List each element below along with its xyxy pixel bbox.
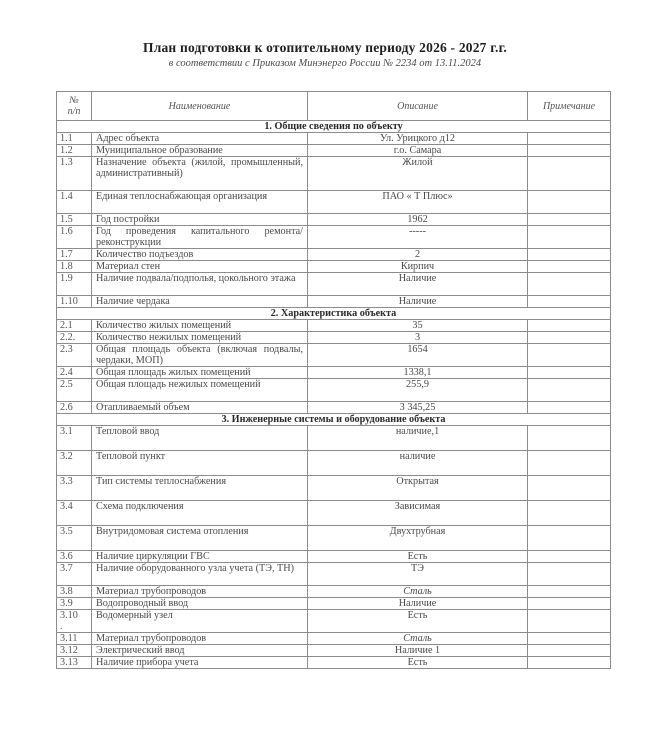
row-number: 2.5 (57, 379, 92, 402)
table-row: 1.1Адрес объектаУл. Урицкого д12 (57, 133, 611, 145)
row-number: 3.2 (57, 451, 92, 476)
table-row: 3.12Электрический вводНаличие 1 (57, 645, 611, 657)
row-note (528, 645, 611, 657)
row-note (528, 586, 611, 598)
table-row: 3.3Тип системы теплоснабженияОткрытая (57, 476, 611, 501)
row-number: 1.10 (57, 296, 92, 308)
table-row: 2.2.Количество нежилых помещений3 (57, 332, 611, 344)
row-description: Кирпич (308, 261, 528, 273)
table-row: 1.8Материал стенКирпич (57, 261, 611, 273)
row-note (528, 226, 611, 249)
table-row: 3.6Наличие циркуляции ГВСЕсть (57, 551, 611, 563)
row-name: Наличие оборудованного узла учета (ТЭ, Т… (92, 563, 308, 586)
document-title: План подготовки к отопительному периоду … (0, 40, 650, 56)
row-number: 2.6 (57, 402, 92, 414)
row-description: ----- (308, 226, 528, 249)
row-note (528, 296, 611, 308)
row-description: 1338,1 (308, 367, 528, 379)
row-description: 1654 (308, 344, 528, 367)
table-row: 1.3Назначение объекта (жилой, промышленн… (57, 157, 611, 191)
row-note (528, 344, 611, 367)
row-note (528, 214, 611, 226)
row-note (528, 551, 611, 563)
row-number: 3.6 (57, 551, 92, 563)
row-description: Жилой (308, 157, 528, 191)
row-description: Есть (308, 551, 528, 563)
table-row: 2.1Количество жилых помещений35 (57, 320, 611, 332)
row-number: 1.5 (57, 214, 92, 226)
row-name: Тип системы теплоснабжения (92, 476, 308, 501)
row-note (528, 402, 611, 414)
row-name: Тепловой пункт (92, 451, 308, 476)
table-row: 1.10Наличие чердакаНаличие (57, 296, 611, 308)
row-number: 3.1 (57, 426, 92, 451)
table-row: 3.1Тепловой вводналичие,1 (57, 426, 611, 451)
row-name: Наличие циркуляции ГВС (92, 551, 308, 563)
row-description: Ул. Урицкого д12 (308, 133, 528, 145)
row-description: Наличие (308, 273, 528, 296)
table-row: 1.6Год проведения капитального ремонта/р… (57, 226, 611, 249)
section-title: 2. Характеристика объекта (57, 308, 611, 320)
row-description: Зависимая (308, 501, 528, 526)
row-description: 1962 (308, 214, 528, 226)
row-name: Наличие подвала/подполья, цокольного эта… (92, 273, 308, 296)
row-name: Год проведения капитального ремонта/реко… (92, 226, 308, 249)
row-description: Есть (308, 610, 528, 633)
row-note (528, 563, 611, 586)
row-number: 1.4 (57, 191, 92, 214)
row-number: 2.4 (57, 367, 92, 379)
row-description: ПАО « Т Плюс» (308, 191, 528, 214)
row-name: Материал трубопроводов (92, 586, 308, 598)
table-row: 3.5Внутридомовая система отопленияДвухтр… (57, 526, 611, 551)
row-number: 3.9 (57, 598, 92, 610)
row-name: Материал стен (92, 261, 308, 273)
row-name: Наличие прибора учета (92, 657, 308, 669)
row-name: Водомерный узел (92, 610, 308, 633)
row-note (528, 526, 611, 551)
row-name: Единая теплоснабжающая организация (92, 191, 308, 214)
row-description: Наличие 1 (308, 645, 528, 657)
table-row: 3.9Водопроводный вводНаличие (57, 598, 611, 610)
table-row: 3.13Наличие прибора учетаЕсть (57, 657, 611, 669)
row-number: 2.1 (57, 320, 92, 332)
row-description: ТЭ (308, 563, 528, 586)
row-number: 1.2 (57, 145, 92, 157)
row-number: 3.4 (57, 501, 92, 526)
row-note (528, 610, 611, 633)
header-desc: Описание (308, 92, 528, 121)
plan-table: № п/п Наименование Описание Примечание 1… (56, 91, 611, 669)
row-number: 2.2. (57, 332, 92, 344)
row-description: Наличие (308, 296, 528, 308)
row-description: Сталь (308, 586, 528, 598)
row-name: Общая площадь нежилых помещений (92, 379, 308, 402)
row-description: наличие,1 (308, 426, 528, 451)
header-name: Наименование (92, 92, 308, 121)
row-number: 3.8 (57, 586, 92, 598)
row-note (528, 379, 611, 402)
row-name: Общая площадь объекта (включая подвалы, … (92, 344, 308, 367)
row-note (528, 451, 611, 476)
row-name: Тепловой ввод (92, 426, 308, 451)
row-description: 2 (308, 249, 528, 261)
row-number: 3.12 (57, 645, 92, 657)
section-header-row: 2. Характеристика объекта (57, 308, 611, 320)
row-note (528, 367, 611, 379)
table-body: 1. Общие сведения по объекту1.1Адрес объ… (57, 121, 611, 669)
row-note (528, 261, 611, 273)
table-row: 3.8Материал трубопроводовСталь (57, 586, 611, 598)
row-name: Количество жилых помещений (92, 320, 308, 332)
row-note (528, 320, 611, 332)
header-note: Примечание (528, 92, 611, 121)
table-row: 3.7Наличие оборудованного узла учета (ТЭ… (57, 563, 611, 586)
row-name: Электрический ввод (92, 645, 308, 657)
section-header-row: 1. Общие сведения по объекту (57, 121, 611, 133)
row-description: 3 (308, 332, 528, 344)
section-header-row: 3. Инженерные системы и оборудование объ… (57, 414, 611, 426)
row-name: Водопроводный ввод (92, 598, 308, 610)
table-row: 2.4Общая площадь жилых помещений1338,1 (57, 367, 611, 379)
row-note (528, 157, 611, 191)
row-description: Наличие (308, 598, 528, 610)
row-description: 3 345,25 (308, 402, 528, 414)
row-number: 1.8 (57, 261, 92, 273)
row-note (528, 145, 611, 157)
row-description: наличие (308, 451, 528, 476)
row-number: 1.3 (57, 157, 92, 191)
row-name: Количество нежилых помещений (92, 332, 308, 344)
table-row: 2.3Общая площадь объекта (включая подвал… (57, 344, 611, 367)
row-number: 1.7 (57, 249, 92, 261)
row-name: Назначение объекта (жилой, промышленный,… (92, 157, 308, 191)
row-name: Общая площадь жилых помещений (92, 367, 308, 379)
table-row: 3.4Схема подключенияЗависимая (57, 501, 611, 526)
table-row: 1.9Наличие подвала/подполья, цокольного … (57, 273, 611, 296)
row-description: Сталь (308, 633, 528, 645)
row-number: 1.6 (57, 226, 92, 249)
row-name: Наличие чердака (92, 296, 308, 308)
row-number: 1.1 (57, 133, 92, 145)
row-note (528, 191, 611, 214)
row-number: 3.7 (57, 563, 92, 586)
row-number: 3.13 (57, 657, 92, 669)
row-note (528, 633, 611, 645)
row-number: 3.10 . (57, 610, 92, 633)
table-row: 2.6Отапливаемый объем3 345,25 (57, 402, 611, 414)
table-row: 1.7Количество подъездов2 (57, 249, 611, 261)
row-note (528, 476, 611, 501)
row-number: 3.5 (57, 526, 92, 551)
row-name: Материал трубопроводов (92, 633, 308, 645)
row-name: Схема подключения (92, 501, 308, 526)
section-title: 1. Общие сведения по объекту (57, 121, 611, 133)
row-note (528, 657, 611, 669)
row-description: Есть (308, 657, 528, 669)
table-row: 3.2Тепловой пунктналичие (57, 451, 611, 476)
row-note (528, 501, 611, 526)
row-name: Количество подъездов (92, 249, 308, 261)
row-note (528, 332, 611, 344)
row-description: г.о. Самара (308, 145, 528, 157)
row-note (528, 133, 611, 145)
table-row: 1.5Год постройки1962 (57, 214, 611, 226)
row-name: Отапливаемый объем (92, 402, 308, 414)
table-row: 3.10 .Водомерный узелЕсть (57, 610, 611, 633)
row-number: 3.3 (57, 476, 92, 501)
header-num: № п/п (57, 92, 92, 121)
row-number: 3.11 (57, 633, 92, 645)
row-description: Открытая (308, 476, 528, 501)
row-note (528, 273, 611, 296)
row-description: Двухтрубная (308, 526, 528, 551)
row-name: Муниципальное образование (92, 145, 308, 157)
table-header-row: № п/п Наименование Описание Примечание (57, 92, 611, 121)
table-row: 1.2Муниципальное образованиег.о. Самара (57, 145, 611, 157)
table-row: 3.11Материал трубопроводовСталь (57, 633, 611, 645)
document-subtitle: в соответствии с Приказом Минэнерго Росс… (0, 58, 650, 69)
row-name: Внутридомовая система отопления (92, 526, 308, 551)
row-number: 1.9 (57, 273, 92, 296)
table-row: 2.5Общая площадь нежилых помещений255,9 (57, 379, 611, 402)
row-name: Год постройки (92, 214, 308, 226)
row-description: 35 (308, 320, 528, 332)
row-number: 2.3 (57, 344, 92, 367)
row-note (528, 426, 611, 451)
row-description: 255,9 (308, 379, 528, 402)
table-row: 1.4Единая теплоснабжающая организацияПАО… (57, 191, 611, 214)
row-note (528, 598, 611, 610)
section-title: 3. Инженерные системы и оборудование объ… (57, 414, 611, 426)
header-num-label: № п/п (68, 95, 81, 117)
row-name: Адрес объекта (92, 133, 308, 145)
row-note (528, 249, 611, 261)
